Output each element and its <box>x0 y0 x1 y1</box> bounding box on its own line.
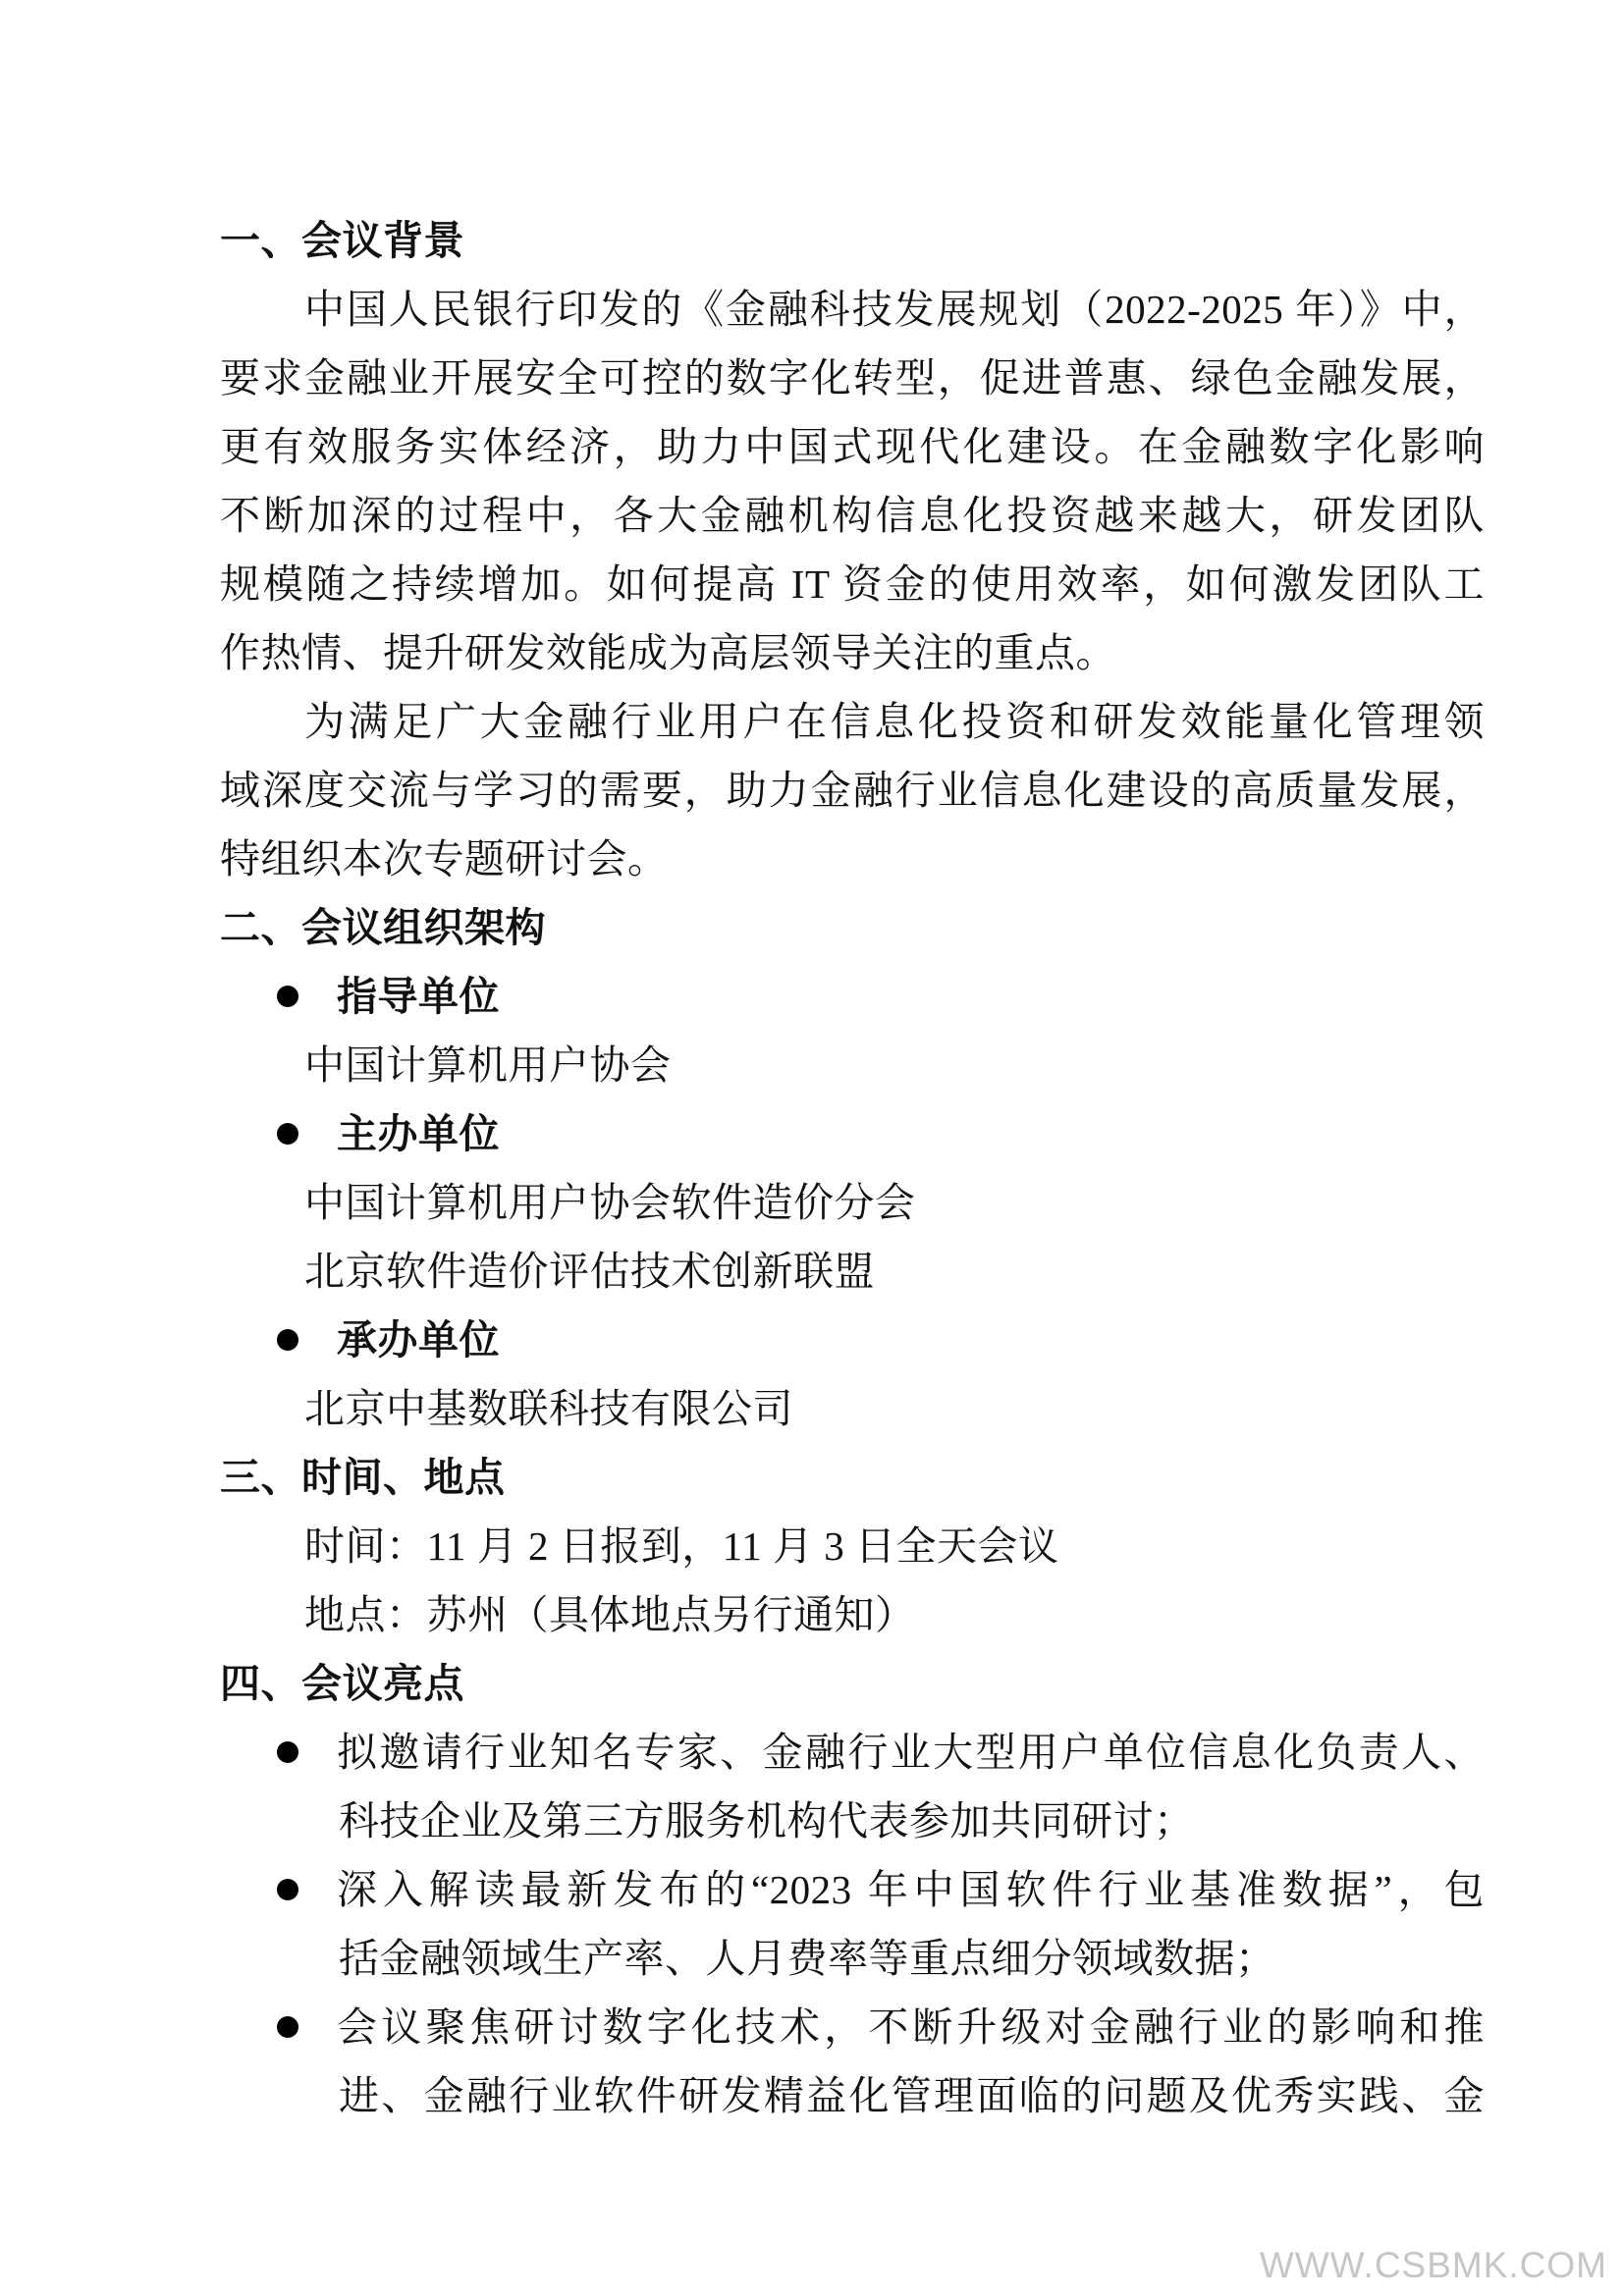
paragraph-first-line: 为满足广大金融行业用户在信息化投资和研发效能量化管理领 <box>304 687 1485 756</box>
paragraph-line: 特组织本次专题研讨会。 <box>220 825 1485 893</box>
bullet-text: 深入解读最新发布的“2023 年中国软件行业基准数据”，包 <box>337 1855 1485 1924</box>
org-bullet-item: 主办单位 <box>277 1099 1485 1168</box>
bullet-icon <box>277 1123 298 1145</box>
bullet-icon <box>277 1741 298 1763</box>
watermark: WWW.CSBMK.COM <box>1260 2246 1607 2285</box>
bullet-continuation-line: 进、金融行业软件研发精益化管理面临的问题及优秀实践、金 <box>339 2061 1485 2130</box>
paragraph-line: 规模随之持续增加。如何提高 IT 资金的使用效率，如何激发团队工 <box>220 550 1485 618</box>
highlight-bullet-line: 会议聚焦研讨数字化技术，不断升级对金融行业的影响和推 <box>277 1993 1485 2061</box>
paragraph-line: 域深度交流与学习的需要，助力金融行业信息化建设的高质量发展， <box>220 756 1485 825</box>
sub-item-line: 中国计算机用户协会软件造价分会 <box>304 1168 1485 1237</box>
bullet-icon <box>277 1329 298 1351</box>
bullet-text: 指导单位 <box>337 962 1485 1031</box>
highlight-bullet-line: 拟邀请行业知名专家、金融行业大型用户单位信息化负责人、 <box>277 1718 1485 1787</box>
bullet-icon <box>277 1879 298 1900</box>
bullet-icon <box>277 986 298 1007</box>
paragraph-line: 要求金融业开展安全可控的数字化转型，促进普惠、绿色金融发展， <box>220 344 1485 412</box>
sub-item-line: 中国计算机用户协会 <box>304 1031 1485 1099</box>
bullet-text: 拟邀请行业知名专家、金融行业大型用户单位信息化负责人、 <box>337 1718 1485 1787</box>
section-heading: 四、会议亮点 <box>220 1649 1485 1718</box>
sub-item-line: 北京中基数联科技有限公司 <box>304 1374 1485 1443</box>
paragraph-line: 更有效服务实体经济，助力中国式现代化建设。在金融数字化影响 <box>220 412 1485 481</box>
paragraph-line: 作热情、提升研发效能成为高层领导关注的重点。 <box>220 618 1485 687</box>
section-heading: 一、会议背景 <box>220 206 1485 275</box>
bullet-continuation-line: 科技企业及第三方服务机构代表参加共同研讨； <box>339 1787 1485 1855</box>
page: 一、会议背景中国人民银行印发的《金融科技发展规划（2022-2025 年）》中，… <box>0 0 1623 2296</box>
org-bullet-item: 指导单位 <box>277 962 1485 1031</box>
paragraph-first-line: 中国人民银行印发的《金融科技发展规划（2022-2025 年）》中， <box>304 275 1485 344</box>
bullet-continuation-line: 括金融领域生产率、人月费率等重点细分领域数据； <box>339 1924 1485 1993</box>
bullet-text: 会议聚焦研讨数字化技术，不断升级对金融行业的影响和推 <box>337 1993 1485 2061</box>
sub-item-line: 地点：苏州（具体地点另行通知） <box>304 1580 1485 1649</box>
org-bullet-item: 承办单位 <box>277 1306 1485 1374</box>
sub-item-line: 时间：11 月 2 日报到，11 月 3 日全天会议 <box>304 1512 1485 1580</box>
paragraph-line: 不断加深的过程中，各大金融机构信息化投资越来越大，研发团队 <box>220 481 1485 550</box>
sub-item-line: 北京软件造价评估技术创新联盟 <box>304 1237 1485 1306</box>
bullet-text: 承办单位 <box>337 1306 1485 1374</box>
highlight-bullet-line: 深入解读最新发布的“2023 年中国软件行业基准数据”，包 <box>277 1855 1485 1924</box>
section-heading: 三、时间、地点 <box>220 1443 1485 1512</box>
section-heading: 二、会议组织架构 <box>220 893 1485 962</box>
bullet-text: 主办单位 <box>337 1099 1485 1168</box>
bullet-icon <box>277 2016 298 2038</box>
